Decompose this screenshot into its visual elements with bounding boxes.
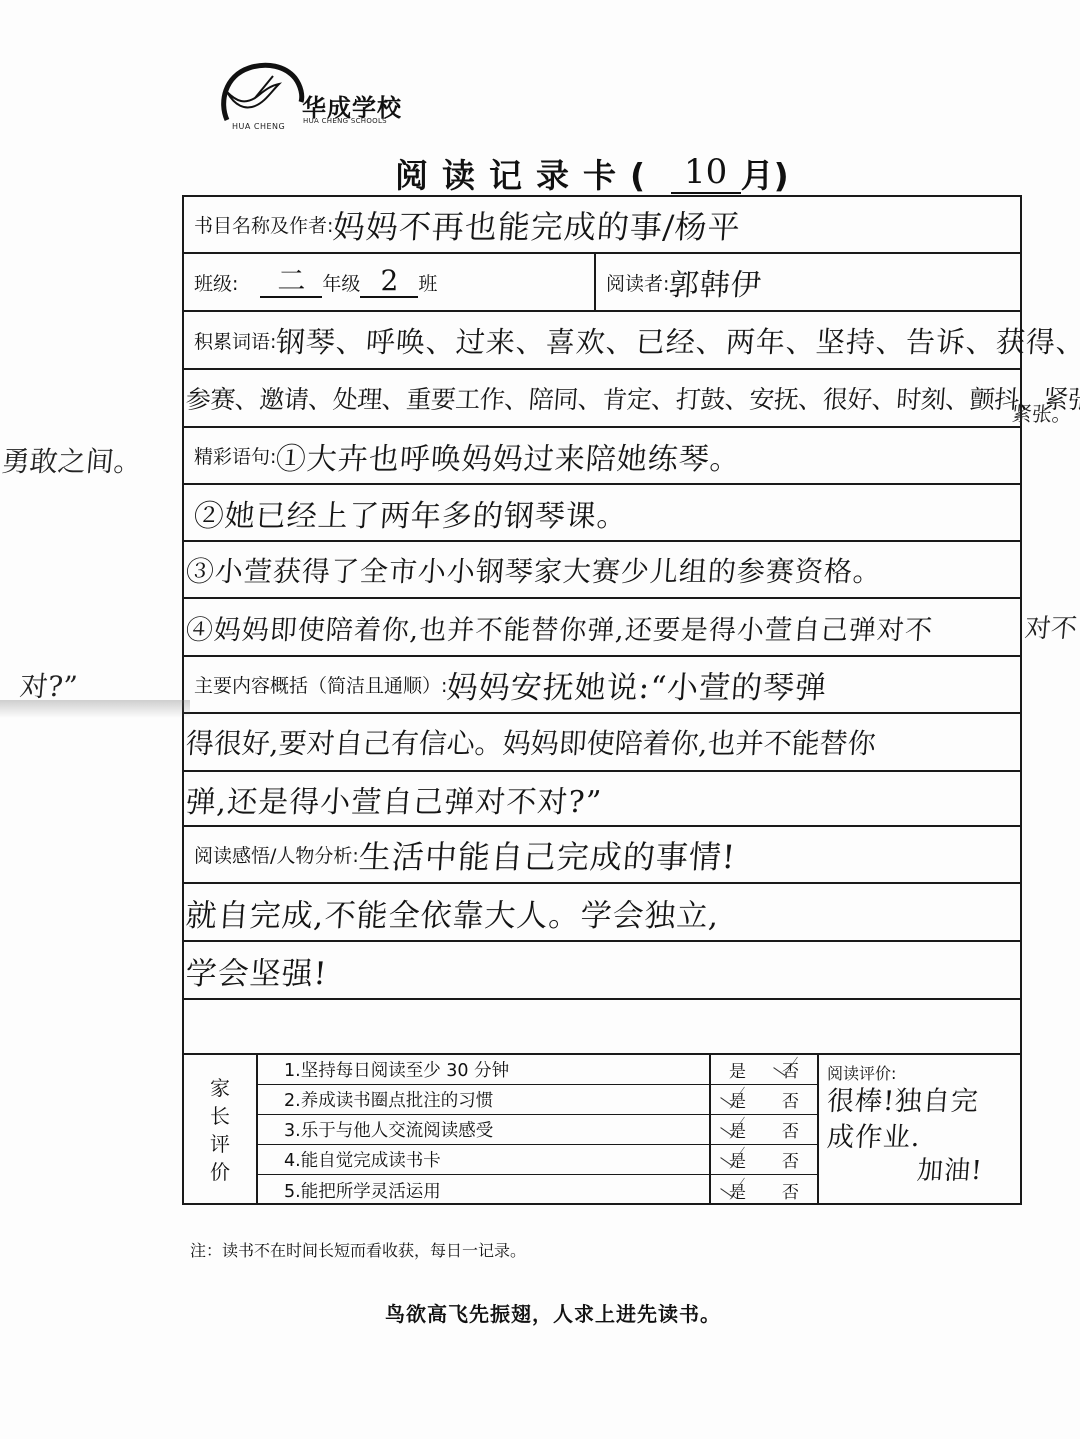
sentence-row-2: ②她已经上了两年多的钢琴课。 xyxy=(184,485,1020,542)
margin-note-left-top: 勇敢之间。 xyxy=(0,440,144,480)
summary-line-3[interactable]: 弹,还是得小萱自己弹对不对?” xyxy=(184,777,603,821)
eval-item-text: 5.能把所学灵活运用 xyxy=(256,1178,441,1203)
eval-item-text: 1.坚持每日阅读至少 30 分钟 xyxy=(256,1057,509,1082)
summary-row-2: 得很好,要对自己有信心。妈妈即使陪着你,也并不能替你 xyxy=(184,714,1020,772)
comment-line-2[interactable]: 成作业. xyxy=(826,1120,922,1156)
vocabulary-line-1[interactable]: 钢琴、呼唤、过来、喜欢、已经、两年、坚持、告诉、获得、 xyxy=(275,320,1080,361)
reader-label: 阅读者: xyxy=(606,269,669,296)
yes-option-checked[interactable]: 是 xyxy=(729,1087,746,1112)
book-row: 书目名称及作者: 妈妈不再也能完成的事/杨平 xyxy=(184,197,1020,254)
title-month-unit: 月) xyxy=(741,156,789,195)
page-title: 阅读记录卡( 10月) xyxy=(395,150,789,198)
no-option[interactable]: 否 xyxy=(782,1117,799,1142)
empty-row xyxy=(184,1000,1020,1055)
sentences-label: 精彩语句: xyxy=(194,442,276,469)
no-option[interactable]: 否 xyxy=(782,1087,799,1112)
sentence-line-2[interactable]: ②她已经上了两年多的钢琴课。 xyxy=(192,491,629,535)
margin-note-right-sentence: 对不 xyxy=(1023,608,1078,645)
eval-item-text: 4.能自觉完成读书卡 xyxy=(256,1147,441,1172)
reflection-label: 阅读感悟/人物分析: xyxy=(194,841,359,868)
grade-unit: 年级 xyxy=(322,269,360,296)
class-unit: 班 xyxy=(418,269,437,296)
class-reader-row: 班级: 二 年级 2 班 阅读者: 郭韩伊 xyxy=(184,254,1020,312)
vocabulary-line-2[interactable]: 参赛、邀请、处理、重要工作、陪同、肯定、打鼓、安抚、很好、时刻、颤抖、紧张。 xyxy=(185,380,1080,416)
eval-item: 5.能把所学灵活运用 xyxy=(256,1175,709,1205)
side-char: 评 xyxy=(210,1130,230,1158)
comment-line-3[interactable]: 加油! xyxy=(826,1156,984,1186)
school-logo-icon xyxy=(215,62,305,128)
eval-item: 4.能自觉完成读书卡 xyxy=(256,1145,709,1175)
yes-option-checked[interactable]: 是 xyxy=(729,1117,746,1142)
title-text: 阅读记录卡 xyxy=(395,156,630,195)
eval-item-text: 3.乐于与他人交流阅读感受 xyxy=(256,1117,493,1142)
school-name-en: HUA CHENG SCHOOLS xyxy=(303,117,387,125)
comment-line-1[interactable]: 很棒!独自完 xyxy=(826,1084,980,1120)
vocabulary-label: 积累词语: xyxy=(194,327,276,354)
vocabulary-row-1: 积累词语: 钢琴、呼唤、过来、喜欢、已经、两年、坚持、告诉、获得、 xyxy=(184,312,1020,370)
eval-criteria: 1.坚持每日阅读至少 30 分钟 2.养成读书圈点批注的习惯 3.乐于与他人交流… xyxy=(256,1055,709,1205)
sentence-line-1[interactable]: ①大卉也呼唤妈妈过来陪她练琴。 xyxy=(275,434,743,478)
reflection-row-2: 就自完成,不能全依靠大人。学会独立, xyxy=(184,884,1020,942)
vocabulary-row-2: 参赛、邀请、处理、重要工作、陪同、肯定、打鼓、安抚、很好、时刻、颤抖、紧张。 xyxy=(184,370,1020,428)
parent-eval-side-label: 家 长 评 价 xyxy=(184,1055,258,1205)
month-field[interactable]: 10 xyxy=(671,152,741,194)
no-option[interactable]: 否 xyxy=(782,1178,799,1203)
no-option[interactable]: 否 xyxy=(782,1147,799,1172)
eval-item: 2.养成读书圈点批注的习惯 xyxy=(256,1085,709,1115)
yes-option-checked[interactable]: 是 xyxy=(729,1178,746,1203)
paper-fold-shadow xyxy=(0,700,190,718)
reading-comment-box: 阅读评价: 很棒!独自完 成作业. 加油! xyxy=(819,1055,1020,1205)
motto: 鸟欲高飞先振翅，人求上进先读书。 xyxy=(385,1298,721,1327)
margin-note-right-vocab: 紧张。 xyxy=(1011,398,1074,427)
reflection-row-1: 阅读感悟/人物分析: 生活中能自己完成的事情! xyxy=(184,827,1020,884)
title-paren-open: ( xyxy=(630,156,645,195)
reflection-line-2[interactable]: 就自完成,不能全依靠大人。学会独立, xyxy=(184,890,721,935)
eval-item: 3.乐于与他人交流阅读感受 xyxy=(256,1115,709,1145)
sentence-line-3[interactable]: ③小萱获得了全市小小钢琴家大赛少儿组的参赛资格。 xyxy=(185,550,884,590)
yes-option[interactable]: 是 xyxy=(729,1057,746,1082)
yes-no-column: 是否 是否 是否 是否 是否 xyxy=(709,1055,819,1205)
reader-value[interactable]: 郭韩伊 xyxy=(668,260,764,304)
reflection-row-3: 学会坚强! xyxy=(184,942,1020,1000)
sentence-row-1: 精彩语句: ①大卉也呼唤妈妈过来陪她练琴。 xyxy=(184,428,1020,485)
comment-label: 阅读评价: xyxy=(827,1061,1012,1084)
sentence-row-4: ④妈妈即使陪着你,也并不能替你弹,还要是得小萱自己弹对不 xyxy=(184,599,1020,657)
book-label: 书目名称及作者: xyxy=(194,211,333,238)
book-value[interactable]: 妈妈不再也能完成的事/杨平 xyxy=(332,202,743,248)
grade-field[interactable]: 二 xyxy=(260,266,322,298)
side-char: 家 xyxy=(210,1074,230,1102)
summary-line-1[interactable]: 妈妈安抚她说:“小萱的琴弹 xyxy=(446,662,829,707)
yes-option-checked[interactable]: 是 xyxy=(729,1147,746,1172)
summary-row-1: 主要内容概括（简洁且通顺）: 妈妈安抚她说:“小萱的琴弹 xyxy=(184,657,1020,714)
margin-note-left-mid: 对?” xyxy=(18,665,79,705)
class-number-field[interactable]: 2 xyxy=(360,266,418,298)
reflection-line-3[interactable]: 学会坚强! xyxy=(184,948,329,993)
eval-item-text: 2.养成读书圈点批注的习惯 xyxy=(256,1087,493,1112)
side-char: 价 xyxy=(210,1158,230,1186)
summary-row-3: 弹,还是得小萱自己弹对不对?” xyxy=(184,772,1020,827)
logo-caption: HUA CHENG xyxy=(232,122,285,131)
reflection-line-1[interactable]: 生活中能自己完成的事情! xyxy=(357,832,737,878)
summary-label: 主要内容概括（简洁且通顺）: xyxy=(194,671,447,698)
class-label: 班级: xyxy=(194,269,238,296)
parent-evaluation: 家 长 评 价 1.坚持每日阅读至少 30 分钟 2.养成读书圈点批注的习惯 3… xyxy=(184,1055,1020,1205)
eval-item: 1.坚持每日阅读至少 30 分钟 xyxy=(256,1055,709,1085)
sentence-row-3: ③小萱获得了全市小小钢琴家大赛少儿组的参赛资格。 xyxy=(184,542,1020,599)
side-char: 长 xyxy=(210,1102,230,1130)
sentence-line-4[interactable]: ④妈妈即使陪着你,也并不能替你弹,还要是得小萱自己弹对不 xyxy=(185,608,935,647)
summary-line-2[interactable]: 得很好,要对自己有信心。妈妈即使陪着你,也并不能替你 xyxy=(185,722,878,762)
no-option-checked[interactable]: 否 xyxy=(782,1057,799,1082)
footnote: 注：读书不在时间长短而看收获，每日一记录。 xyxy=(190,1238,526,1261)
reading-record-card: 书目名称及作者: 妈妈不再也能完成的事/杨平 班级: 二 年级 2 班 阅读者:… xyxy=(182,195,1022,1205)
